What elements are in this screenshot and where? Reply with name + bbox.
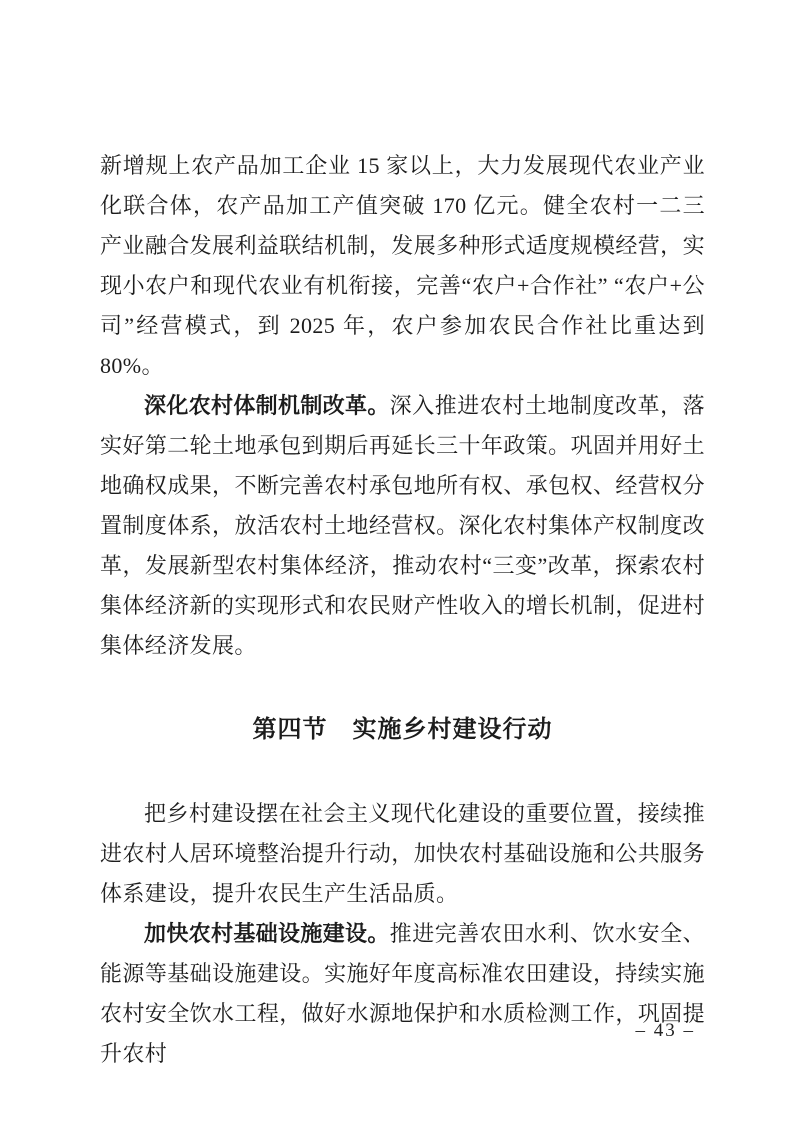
page-number: – 43 –	[0, 1018, 793, 1044]
section-heading: 第四节 实施乡村建设行动	[100, 714, 705, 746]
paragraph-text: 把乡村建设摆在社会主义现代化建设的重要位置，接续推进农村人居环境整治提升行动，加…	[100, 801, 705, 906]
paragraph-village-construction: 把乡村建设摆在社会主义现代化建设的重要位置，接续推进农村人居环境整治提升行动，加…	[100, 794, 705, 914]
paragraph-text: 深入推进农村土地制度改革，落实好第二轮土地承包到期后再延长三十年政策。巩固并用好…	[100, 393, 705, 658]
document-page: 新增规上农产品加工企业 15 家以上，大力发展现代农业产业化联合体，农产品加工产…	[0, 0, 793, 1122]
paragraph-bold-lead: 加快农村基础设施建设。	[144, 921, 390, 946]
paragraph-continuation: 新增规上农产品加工企业 15 家以上，大力发展现代农业产业化联合体，农产品加工产…	[100, 146, 705, 386]
paragraph-text: 新增规上农产品加工企业 15 家以上，大力发展现代农业产业化联合体，农产品加工产…	[100, 153, 705, 378]
paragraph-rural-reform: 深化农村体制机制改革。深入推进农村土地制度改革，落实好第二轮土地承包到期后再延长…	[100, 386, 705, 666]
section-heading-text: 第四节 实施乡村建设行动	[253, 716, 553, 743]
paragraph-infrastructure: 加快农村基础设施建设。推进完善农田水利、饮水安全、能源等基础设施建设。实施好年度…	[100, 914, 705, 1074]
document-body: 新增规上农产品加工企业 15 家以上，大力发展现代农业产业化联合体，农产品加工产…	[100, 146, 705, 1074]
paragraph-bold-lead: 深化农村体制机制改革。	[144, 393, 390, 418]
